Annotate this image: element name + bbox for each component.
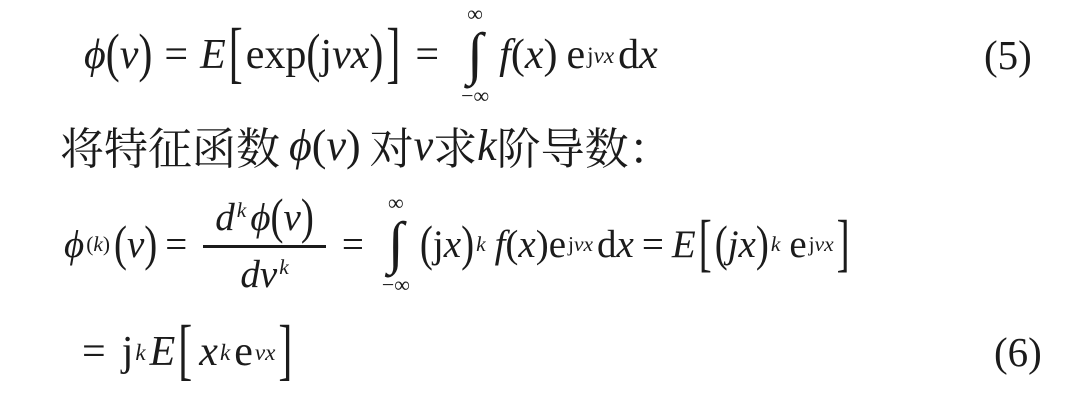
derivative-fraction: dkϕ(v) dvk xyxy=(203,194,326,294)
open-paren: ( xyxy=(715,215,728,273)
var-k: k xyxy=(135,339,145,365)
open-bracket: [ xyxy=(178,312,192,390)
close-bracket: ] xyxy=(386,15,400,93)
open-paren: ( xyxy=(106,24,120,85)
var-k: k xyxy=(477,120,497,171)
open-paren: ( xyxy=(505,222,518,267)
phi-symbol: ϕ xyxy=(64,222,84,267)
phi-symbol: ϕ xyxy=(84,31,106,79)
caption-line: 将特征函数 ϕ ( v ) 对 v 求 k 阶导数： xyxy=(0,112,1080,178)
caption-text-after: 阶导数： xyxy=(497,113,673,177)
open-paren: ( xyxy=(420,215,433,273)
open-paren: ( xyxy=(306,24,320,85)
expectation-E: E xyxy=(672,222,696,267)
imag-unit-j: j xyxy=(122,328,134,376)
var-x: x xyxy=(525,31,544,79)
close-paren: ) xyxy=(346,120,361,171)
expectation-E: E xyxy=(200,31,226,79)
euler-e: e xyxy=(566,31,585,79)
var-k: k xyxy=(771,232,781,256)
equals-sign: = xyxy=(642,222,664,267)
var-k: k xyxy=(279,255,289,279)
equals-sign: = xyxy=(415,31,439,79)
var-x: x xyxy=(518,222,535,267)
fraction-denominator: dvk xyxy=(240,248,288,294)
var-x: x xyxy=(444,222,461,267)
density-f: f xyxy=(495,222,506,267)
lower-limit-minus-infinity: −∞ xyxy=(382,274,410,296)
close-paren: ) xyxy=(103,232,110,256)
equation-5: ϕ ( v ) = E [ exp ( j vx ) ] = ∞ ∫ −∞ f … xyxy=(0,2,1080,108)
imag-unit-j-italic: j xyxy=(728,222,739,267)
var-v: v xyxy=(414,120,434,171)
close-paren: ) xyxy=(369,24,383,85)
euler-e: e xyxy=(234,328,253,376)
var-vx: vx xyxy=(574,232,593,256)
close-paren: ) xyxy=(536,222,549,267)
differential-d: d xyxy=(618,31,639,79)
var-v: v xyxy=(326,120,346,171)
differential-d: d xyxy=(240,253,260,296)
equation-number-6: (6) xyxy=(994,328,1042,376)
close-paren: ) xyxy=(301,192,314,242)
equals-sign: = xyxy=(342,222,364,267)
var-vx: vx xyxy=(594,42,615,68)
integral-with-limits: ∞ ∫ −∞ xyxy=(382,192,410,295)
open-bracket: [ xyxy=(229,15,243,93)
var-x: x xyxy=(199,328,218,376)
close-paren: ) xyxy=(138,24,152,85)
euler-e: e xyxy=(549,222,566,267)
var-vx: vx xyxy=(332,31,369,79)
close-paren: ) xyxy=(144,215,157,273)
var-k: k xyxy=(237,198,247,222)
var-v: v xyxy=(260,253,277,296)
equals-sign: = xyxy=(165,222,187,267)
var-k: k xyxy=(220,339,230,365)
var-vx: vx xyxy=(255,339,276,365)
open-paren: ( xyxy=(511,31,525,79)
open-paren: ( xyxy=(312,120,327,171)
equals-sign: = xyxy=(164,31,188,79)
var-x: x xyxy=(639,31,658,79)
close-paren: ) xyxy=(461,215,474,273)
phi-symbol: ϕ xyxy=(250,196,270,239)
var-v: v xyxy=(127,222,144,267)
euler-e: e xyxy=(789,222,806,267)
equation-6-line-1: ϕ (k) ( v ) = dkϕ(v) dvk = ∞ ∫ −∞ ( j x … xyxy=(0,180,1080,308)
var-v: v xyxy=(284,196,301,239)
equation-number-5: (5) xyxy=(984,31,1032,79)
integral-sign: ∫ xyxy=(467,25,483,84)
caption-text-qiu: 求 xyxy=(433,113,477,177)
imag-unit-j: j xyxy=(320,31,332,79)
expectation-E: E xyxy=(150,328,176,376)
integral-with-limits: ∞ ∫ −∞ xyxy=(461,3,489,106)
open-paren: ( xyxy=(271,192,284,242)
open-bracket: [ xyxy=(699,207,712,280)
var-k: k xyxy=(476,232,486,256)
close-bracket: ] xyxy=(278,312,292,390)
var-k: k xyxy=(93,232,103,256)
var-v: v xyxy=(120,31,139,79)
differential-d: d xyxy=(215,196,235,239)
integral-sign: ∫ xyxy=(388,214,404,273)
fraction-numerator: dkϕ(v) xyxy=(203,194,326,248)
open-paren: ( xyxy=(114,215,127,273)
caption-text-before: 将特征函数 xyxy=(60,113,280,177)
differential-d: d xyxy=(597,222,617,267)
lower-limit-minus-infinity: −∞ xyxy=(461,85,489,107)
var-vx: vx xyxy=(815,232,834,256)
density-f: f xyxy=(499,31,511,79)
var-x: x xyxy=(617,222,634,267)
equation-6-line-2: = j k E [ x k e vx ] (6) xyxy=(0,310,1080,394)
imag-unit-j: j xyxy=(433,222,444,267)
caption-text-dui: 对 xyxy=(370,113,414,177)
var-x: x xyxy=(739,222,756,267)
close-bracket: ] xyxy=(837,207,850,280)
equals-sign: = xyxy=(82,328,106,376)
close-paren: ) xyxy=(756,215,769,273)
phi-symbol: ϕ xyxy=(289,120,312,171)
exp-operator: exp xyxy=(246,31,307,79)
close-paren: ) xyxy=(543,31,557,79)
